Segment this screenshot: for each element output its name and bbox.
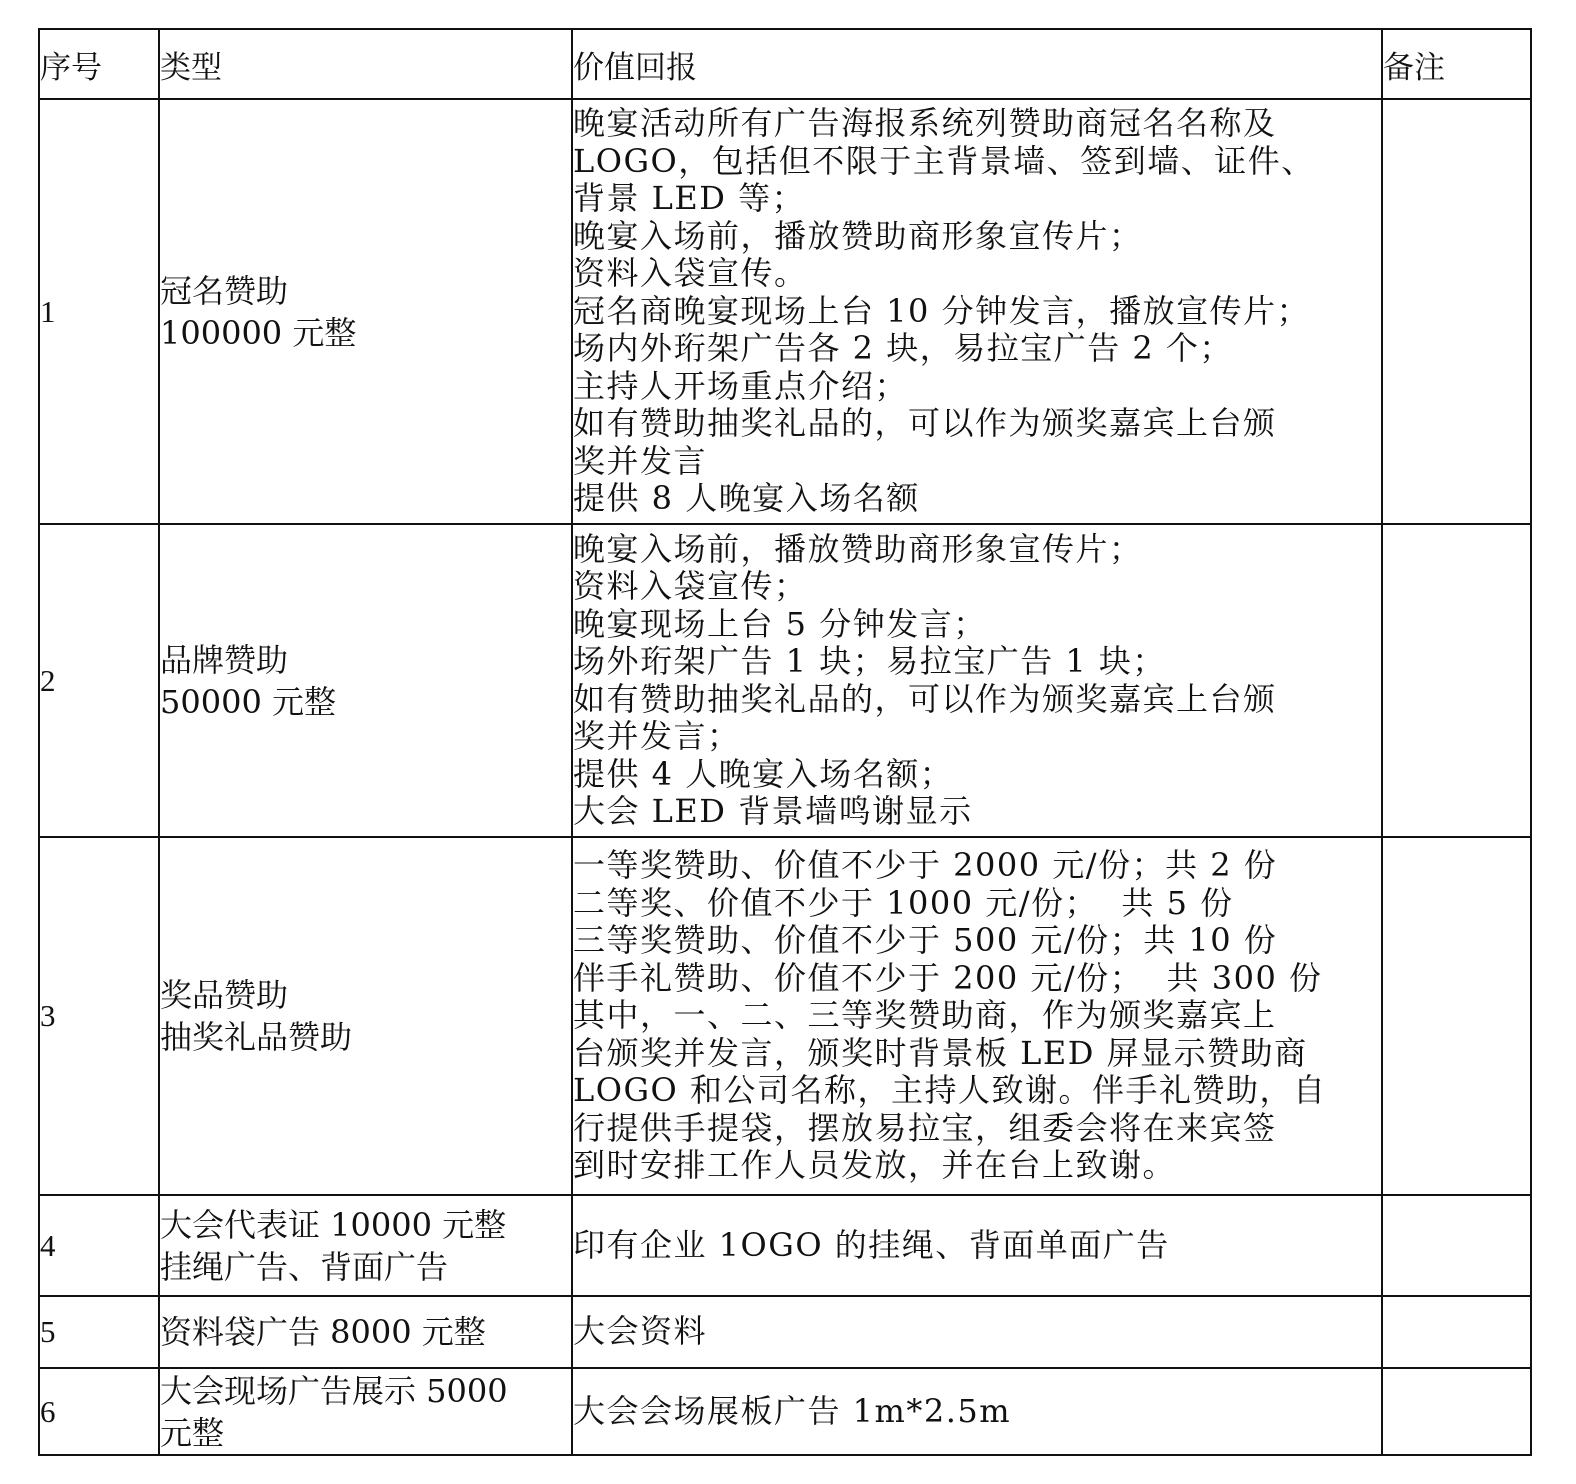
value-line: 台颁奖并发言，颁奖时背景板 LED 屏显示赞助商 <box>573 1035 1381 1073</box>
value-line: 提供 8 人晚宴入场名额 <box>573 480 1381 518</box>
row-number: 3 <box>39 837 159 1195</box>
value-line: 冠名商晚宴现场上台 10 分钟发言，播放宣传片； <box>573 293 1381 331</box>
type-line: 50000 元整 <box>160 681 571 723</box>
row-number: 4 <box>39 1195 159 1296</box>
row-number: 1 <box>39 99 159 524</box>
table-row: 5 资料袋广告 8000 元整 大会资料 <box>39 1296 1531 1368</box>
value-line: 三等奖赞助、价值不少于 500 元/份；共 10 份 <box>573 922 1381 960</box>
value-line: 一等奖赞助、价值不少于 2000 元/份；共 2 份 <box>573 847 1381 885</box>
sponsor-type: 奖品赞助 抽奖礼品赞助 <box>159 837 572 1195</box>
type-line: 大会代表证 10000 元整 <box>160 1204 571 1246</box>
table-row: 4 大会代表证 10000 元整 挂绳广告、背面广告 印有企业 1OGO 的挂绳… <box>39 1195 1531 1296</box>
type-line: 资料袋广告 8000 元整 <box>160 1311 571 1353</box>
value-line: 背景 LED 等； <box>573 180 1381 218</box>
value-line: 如有赞助抽奖礼品的，可以作为颁奖嘉宾上台颁 <box>573 405 1381 443</box>
value-line: 印有企业 1OGO 的挂绳、背面单面广告 <box>573 1227 1381 1265</box>
value-line: 二等奖、价值不少于 1000 元/份； 共 5 份 <box>573 885 1381 923</box>
note-cell <box>1382 1368 1531 1455</box>
row-number: 6 <box>39 1368 159 1455</box>
sponsor-type: 品牌赞助 50000 元整 <box>159 524 572 837</box>
row-number: 5 <box>39 1296 159 1368</box>
sponsor-type: 大会代表证 10000 元整 挂绳广告、背面广告 <box>159 1195 572 1296</box>
value-return: 印有企业 1OGO 的挂绳、背面单面广告 <box>572 1195 1382 1296</box>
header-no: 序号 <box>39 29 159 99</box>
note-cell <box>1382 1195 1531 1296</box>
value-line: 晚宴现场上台 5 分钟发言； <box>573 606 1381 644</box>
note-cell <box>1382 837 1531 1195</box>
value-line: 资料入袋宣传； <box>573 568 1381 606</box>
type-line: 100000 元整 <box>160 312 571 354</box>
value-line: 提供 4 人晚宴入场名额； <box>573 756 1381 794</box>
value-return: 晚宴活动所有广告海报系统列赞助商冠名名称及 LOGO，包括但不限于主背景墙、签到… <box>572 99 1382 524</box>
table-row: 3 奖品赞助 抽奖礼品赞助 一等奖赞助、价值不少于 2000 元/份；共 2 份… <box>39 837 1531 1195</box>
value-line: 到时安排工作人员发放，并在台上致谢。 <box>573 1147 1381 1185</box>
sponsorship-table: 序号 类型 价值回报 备注 1 冠名赞助 100000 元整 晚宴活动所有广告海… <box>38 28 1532 1456</box>
value-line: 伴手礼赞助、价值不少于 200 元/份； 共 300 份 <box>573 960 1381 998</box>
type-line: 奖品赞助 <box>160 974 571 1016</box>
value-line: 主持人开场重点介绍； <box>573 368 1381 406</box>
type-line: 元整 <box>160 1412 571 1454</box>
type-line: 冠名赞助 <box>160 270 571 312</box>
value-return: 大会资料 <box>572 1296 1382 1368</box>
value-line: 奖并发言 <box>573 443 1381 481</box>
value-line: 大会会场展板广告 1m*2.5m <box>573 1393 1381 1431</box>
sponsor-type: 资料袋广告 8000 元整 <box>159 1296 572 1368</box>
value-line: 晚宴入场前，播放赞助商形象宣传片； <box>573 531 1381 569</box>
header-type: 类型 <box>159 29 572 99</box>
sponsor-type: 大会现场广告展示 5000 元整 <box>159 1368 572 1455</box>
type-line: 品牌赞助 <box>160 639 571 681</box>
value-line: 如有赞助抽奖礼品的，可以作为颁奖嘉宾上台颁 <box>573 681 1381 719</box>
type-line: 大会现场广告展示 5000 <box>160 1370 571 1412</box>
table-row: 2 品牌赞助 50000 元整 晚宴入场前，播放赞助商形象宣传片； 资料入袋宣传… <box>39 524 1531 837</box>
value-return: 晚宴入场前，播放赞助商形象宣传片； 资料入袋宣传； 晚宴现场上台 5 分钟发言；… <box>572 524 1382 837</box>
value-line: 行提供手提袋，摆放易拉宝，组委会将在来宾签 <box>573 1110 1381 1148</box>
type-line: 抽奖礼品赞助 <box>160 1016 571 1058</box>
value-line: LOGO，包括但不限于主背景墙、签到墙、证件、 <box>573 143 1381 181</box>
value-line: 大会 LED 背景墙鸣谢显示 <box>573 793 1381 831</box>
value-return: 一等奖赞助、价值不少于 2000 元/份；共 2 份 二等奖、价值不少于 100… <box>572 837 1382 1195</box>
value-line: 晚宴活动所有广告海报系统列赞助商冠名名称及 <box>573 105 1381 143</box>
header-value: 价值回报 <box>572 29 1382 99</box>
header-note: 备注 <box>1382 29 1531 99</box>
table-row: 6 大会现场广告展示 5000 元整 大会会场展板广告 1m*2.5m <box>39 1368 1531 1455</box>
value-line: 晚宴入场前，播放赞助商形象宣传片； <box>573 218 1381 256</box>
table-row: 1 冠名赞助 100000 元整 晚宴活动所有广告海报系统列赞助商冠名名称及 L… <box>39 99 1531 524</box>
note-cell <box>1382 99 1531 524</box>
value-line: LOGO 和公司名称，主持人致谢。伴手礼赞助，自 <box>573 1072 1381 1110</box>
value-return: 大会会场展板广告 1m*2.5m <box>572 1368 1382 1455</box>
value-line: 场内外珩架广告各 2 块，易拉宝广告 2 个； <box>573 330 1381 368</box>
row-number: 2 <box>39 524 159 837</box>
header-row: 序号 类型 价值回报 备注 <box>39 29 1531 99</box>
note-cell <box>1382 524 1531 837</box>
sponsor-type: 冠名赞助 100000 元整 <box>159 99 572 524</box>
value-line: 场外珩架广告 1 块；易拉宝广告 1 块； <box>573 643 1381 681</box>
value-line: 奖并发言； <box>573 718 1381 756</box>
type-line: 挂绳广告、背面广告 <box>160 1246 571 1288</box>
value-line: 其中，一、二、三等奖赞助商，作为颁奖嘉宾上 <box>573 997 1381 1035</box>
value-line: 大会资料 <box>573 1313 1381 1351</box>
note-cell <box>1382 1296 1531 1368</box>
value-line: 资料入袋宣传。 <box>573 255 1381 293</box>
